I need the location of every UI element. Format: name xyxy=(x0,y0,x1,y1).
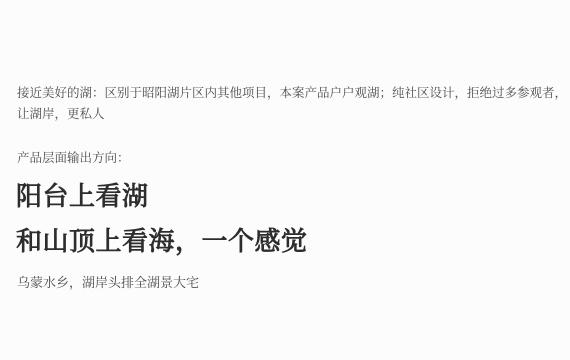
headline: 阳台上看湖 和山顶上看海，一个感觉 xyxy=(16,174,308,264)
slide-canvas: 接近美好的湖：区别于昭阳湖片区内其他项目，本案产品户户观湖；纯社区设计，拒绝过多… xyxy=(0,0,570,360)
intro-paragraph-line-1: 接近美好的湖：区别于昭阳湖片区内其他项目，本案产品户户观湖；纯社区设计，拒绝过多… xyxy=(17,83,562,104)
intro-paragraph-line-2: 让湖岸，更私人 xyxy=(17,104,562,125)
headline-line-1: 阳台上看湖 xyxy=(16,174,308,219)
intro-paragraph: 接近美好的湖：区别于昭阳湖片区内其他项目，本案产品户户观湖；纯社区设计，拒绝过多… xyxy=(17,83,562,125)
tagline: 乌蒙水乡，湖岸头排全湖景大宅 xyxy=(17,272,199,293)
headline-line-2: 和山顶上看海，一个感觉 xyxy=(16,219,308,264)
section-label: 产品层面输出方向： xyxy=(17,148,130,169)
